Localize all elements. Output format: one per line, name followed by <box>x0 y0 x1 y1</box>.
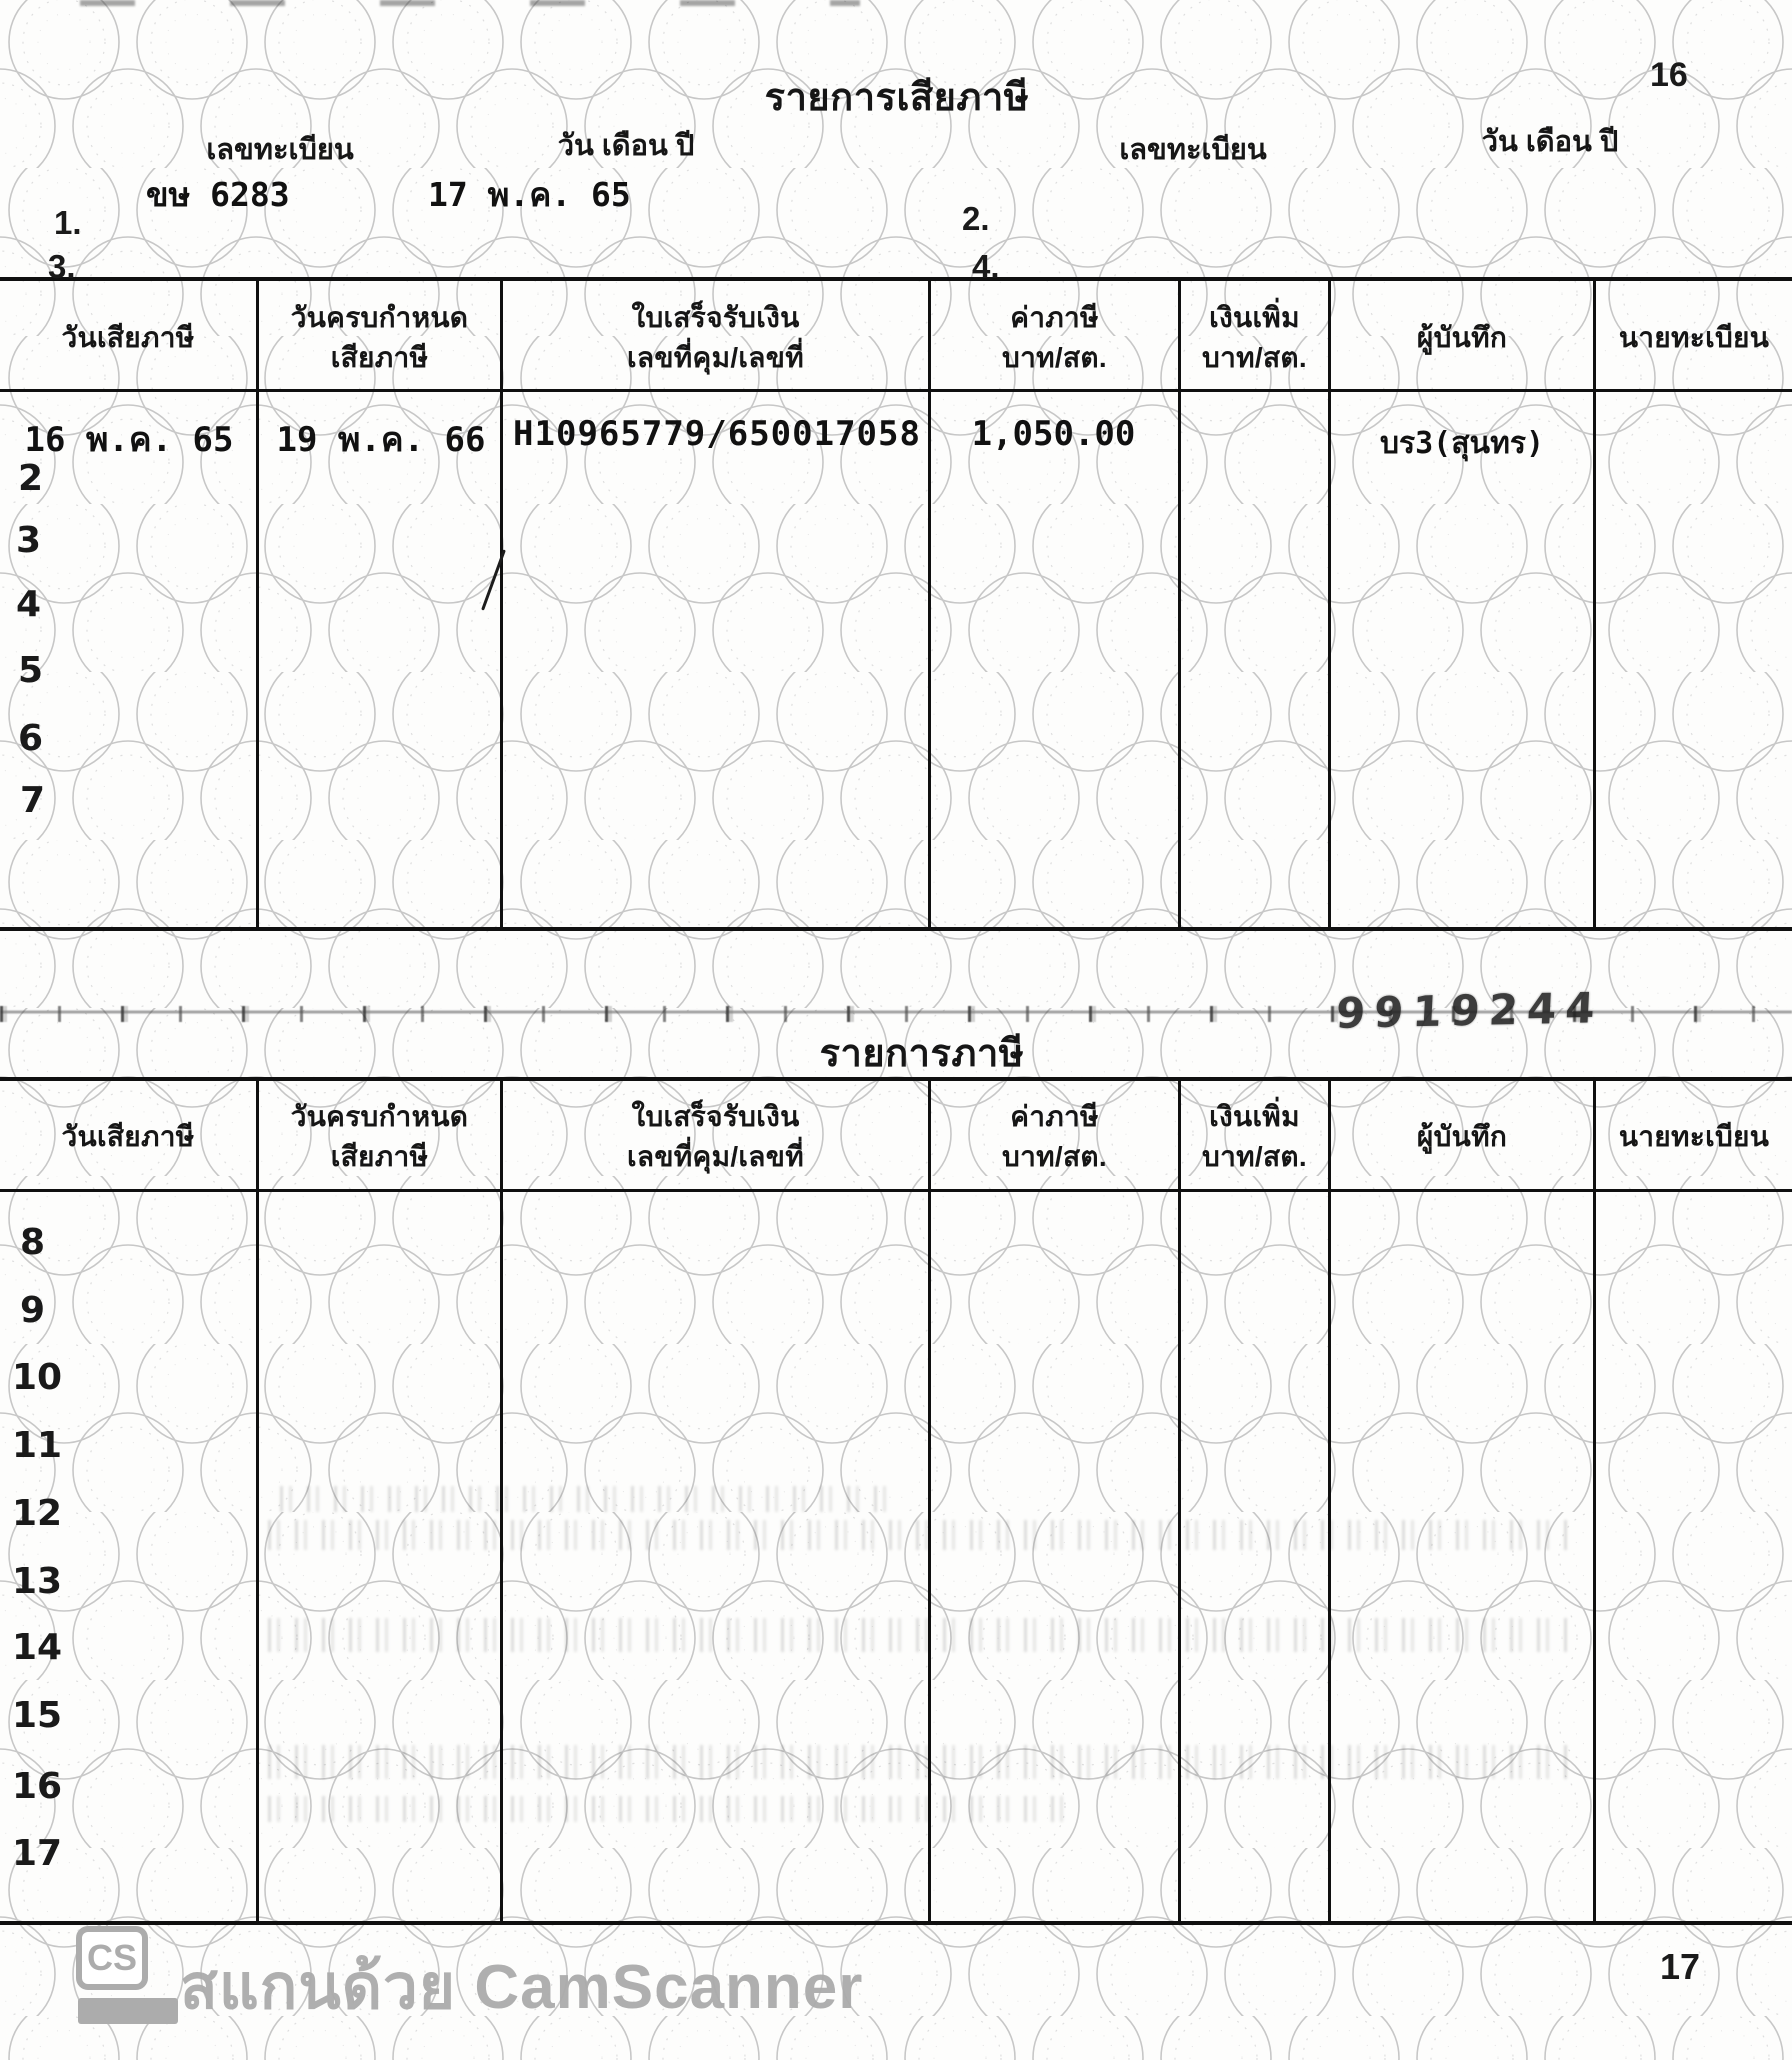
table2-header-divider <box>0 1189 1792 1192</box>
header-line: บาท/สต. <box>1202 1137 1307 1177</box>
row-number: 13 <box>12 1561 62 1602</box>
table2-header-tax-amount: ค่าภาษี บาท/สต. <box>931 1087 1178 1187</box>
row-number: 10 <box>12 1357 62 1398</box>
ghost-stamp-smudge <box>268 1618 1568 1652</box>
table1-top-border <box>0 277 1792 281</box>
row-number: 9 <box>20 1290 45 1331</box>
row-number: 4 <box>16 584 41 625</box>
table2-header-receipt-number: ใบเสร็จรับเงิน เลขที่คุม/เลขที่ <box>503 1087 928 1187</box>
registration-date-value: 17 พ.ค. 65 <box>428 168 631 221</box>
row-number: 7 <box>20 780 45 821</box>
section-title-tax-list: รายการภาษี <box>820 1022 1025 1083</box>
table2-header-tax-date: วันเสียภาษี <box>0 1087 256 1187</box>
left-registration-number-label: เลขทะเบียน <box>206 126 353 172</box>
header-line: เงินเพิ่ม <box>1209 1097 1300 1137</box>
table1-header-divider <box>0 389 1792 392</box>
entry-recorder: บร3(สุนทร) <box>1331 420 1593 467</box>
camscanner-logo-text: CS <box>87 1937 137 1979</box>
table1-header-due-date: วันครบกำหนด เสียภาษี <box>259 289 500 387</box>
table2-column-divider-2 <box>500 1077 503 1925</box>
ghost-stamp-smudge <box>268 1796 1068 1822</box>
table2-column-divider-3 <box>928 1077 931 1925</box>
ghost-stamp-smudge <box>280 1486 900 1512</box>
registration-number-value: ขษ 6283 <box>146 168 290 221</box>
page-number-top: 16 <box>1650 56 1688 95</box>
entry-receipt-number: H10965779/650017058 <box>505 414 929 454</box>
header-line: วันเสียภาษี <box>62 318 195 358</box>
row-number: 16 <box>12 1766 62 1807</box>
row-number: 12 <box>12 1493 62 1534</box>
item-number-3: 3. <box>48 248 76 286</box>
header-line: ใบเสร็จรับเงิน <box>631 298 799 338</box>
table1-header-receipt-number: ใบเสร็จรับเงิน เลขที่คุม/เลขที่ <box>503 289 928 387</box>
table2-header-registrar: นายทะเบียน <box>1596 1087 1792 1187</box>
camscanner-logo-bar <box>78 1998 178 2024</box>
left-date-label: วัน เดือน ปี <box>558 122 695 168</box>
section-title-tax-payment-list: รายการเสียภาษี <box>765 66 1030 127</box>
right-registration-number-label: เลขทะเบียน <box>1119 126 1266 172</box>
header-line: บาท/สต. <box>1002 338 1107 378</box>
page-number-bottom: 17 <box>1660 1946 1700 1988</box>
scanned-tax-record-page: 16 รายการเสียภาษี เลขทะเบียน วัน เดือน ป… <box>0 0 1792 2060</box>
camscanner-logo-icon: CS <box>76 1926 148 1990</box>
header-line: นายทะเบียน <box>1619 318 1769 358</box>
table2-header-recorder: ผู้บันทึก <box>1331 1087 1593 1187</box>
ghost-stamp-smudge <box>268 1520 1568 1550</box>
header-line: ค่าภาษี <box>1010 1097 1099 1137</box>
scan-edge-smudge <box>80 0 860 6</box>
header-line: เสียภาษี <box>331 338 429 378</box>
table1-header-recorder: ผู้บันทึก <box>1331 289 1593 387</box>
perforation-stamp-number: 9919244 <box>1335 983 1605 1038</box>
table2-header-due-date: วันครบกำหนด เสียภาษี <box>259 1087 500 1187</box>
header-line: บาท/สต. <box>1202 338 1307 378</box>
item-number-2: 2. <box>962 200 990 238</box>
header-line: ใบเสร็จรับเงิน <box>631 1097 799 1137</box>
header-line: วันเสียภาษี <box>62 1117 195 1157</box>
row-number: 3 <box>16 520 41 561</box>
item-number-1: 1. <box>54 204 82 242</box>
table1-header-surcharge: เงินเพิ่ม บาท/สต. <box>1181 289 1328 387</box>
header-line: วันครบกำหนด <box>291 1097 469 1137</box>
table1-header-tax-date: วันเสียภาษี <box>0 289 256 387</box>
ghost-stamp-smudge <box>268 1745 1568 1779</box>
table2-header-surcharge: เงินเพิ่ม บาท/สต. <box>1181 1087 1328 1187</box>
entry-tax-amount: 1,050.00 <box>931 414 1176 454</box>
row-number: 15 <box>12 1695 62 1736</box>
camscanner-watermark-text: สแกนด้วย CamScanner <box>180 1938 863 2036</box>
header-line: ค่าภาษี <box>1010 298 1099 338</box>
row-number: 11 <box>12 1425 62 1466</box>
row-number: 2 <box>18 458 43 499</box>
header-line: เลขที่คุม/เลขที่ <box>627 1137 804 1177</box>
row-number: 8 <box>20 1222 45 1263</box>
header-line: บาท/สต. <box>1002 1137 1107 1177</box>
header-line: ผู้บันทึก <box>1417 318 1507 358</box>
table2-column-divider-4 <box>1178 1077 1181 1925</box>
header-line: เลขที่คุม/เลขที่ <box>627 338 804 378</box>
table2-column-divider-1 <box>256 1077 259 1925</box>
table2-column-divider-5 <box>1328 1077 1331 1925</box>
header-line: เงินเพิ่ม <box>1209 298 1300 338</box>
header-line: วันครบกำหนด <box>291 298 469 338</box>
table1-header-tax-amount: ค่าภาษี บาท/สต. <box>931 289 1178 387</box>
header-line: นายทะเบียน <box>1619 1117 1769 1157</box>
table1-bottom-border <box>0 927 1792 931</box>
table1-header-registrar: นายทะเบียน <box>1596 289 1792 387</box>
row-number: 14 <box>12 1627 62 1668</box>
row-number: 5 <box>18 650 43 691</box>
row-number: 17 <box>12 1833 62 1874</box>
header-line: เสียภาษี <box>331 1137 429 1177</box>
header-line: ผู้บันทึก <box>1417 1117 1507 1157</box>
right-date-label: วัน เดือน ปี <box>1482 118 1619 164</box>
table2-column-divider-6 <box>1593 1077 1596 1925</box>
item-number-4: 4. <box>972 248 1000 286</box>
table2-bottom-border <box>0 1921 1792 1925</box>
row-number: 6 <box>18 718 43 759</box>
entry-due-date: 19 พ.ค. 66 <box>262 412 500 466</box>
